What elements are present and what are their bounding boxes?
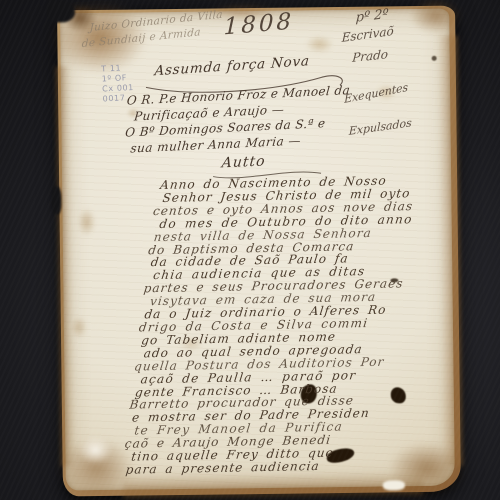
margin-note-expulsados: Expulsados [349, 116, 412, 138]
margin-note-exequentes: Exequentes [344, 81, 408, 106]
clerk-rubric-line-2: Escrivaõ [341, 24, 393, 45]
document-year: 1808 [223, 9, 294, 41]
handwriting-layer: T 11 1º OF Cx 001 0017 Juizo Ordinario d… [57, 6, 461, 497]
clerk-rubric-line-3: Prado [352, 47, 389, 65]
body-text-line: para a presente audiencia [125, 459, 389, 477]
manuscript-page: T 11 1º OF Cx 001 0017 Juizo Ordinario d… [57, 6, 461, 497]
clerk-rubric-line-1: pº 2º [355, 7, 389, 26]
body-text: Anno do Nascimento de NossoSenhor Jesus … [125, 174, 423, 477]
scan-background: T 11 1º OF Cx 001 0017 Juizo Ordinario d… [0, 0, 500, 500]
